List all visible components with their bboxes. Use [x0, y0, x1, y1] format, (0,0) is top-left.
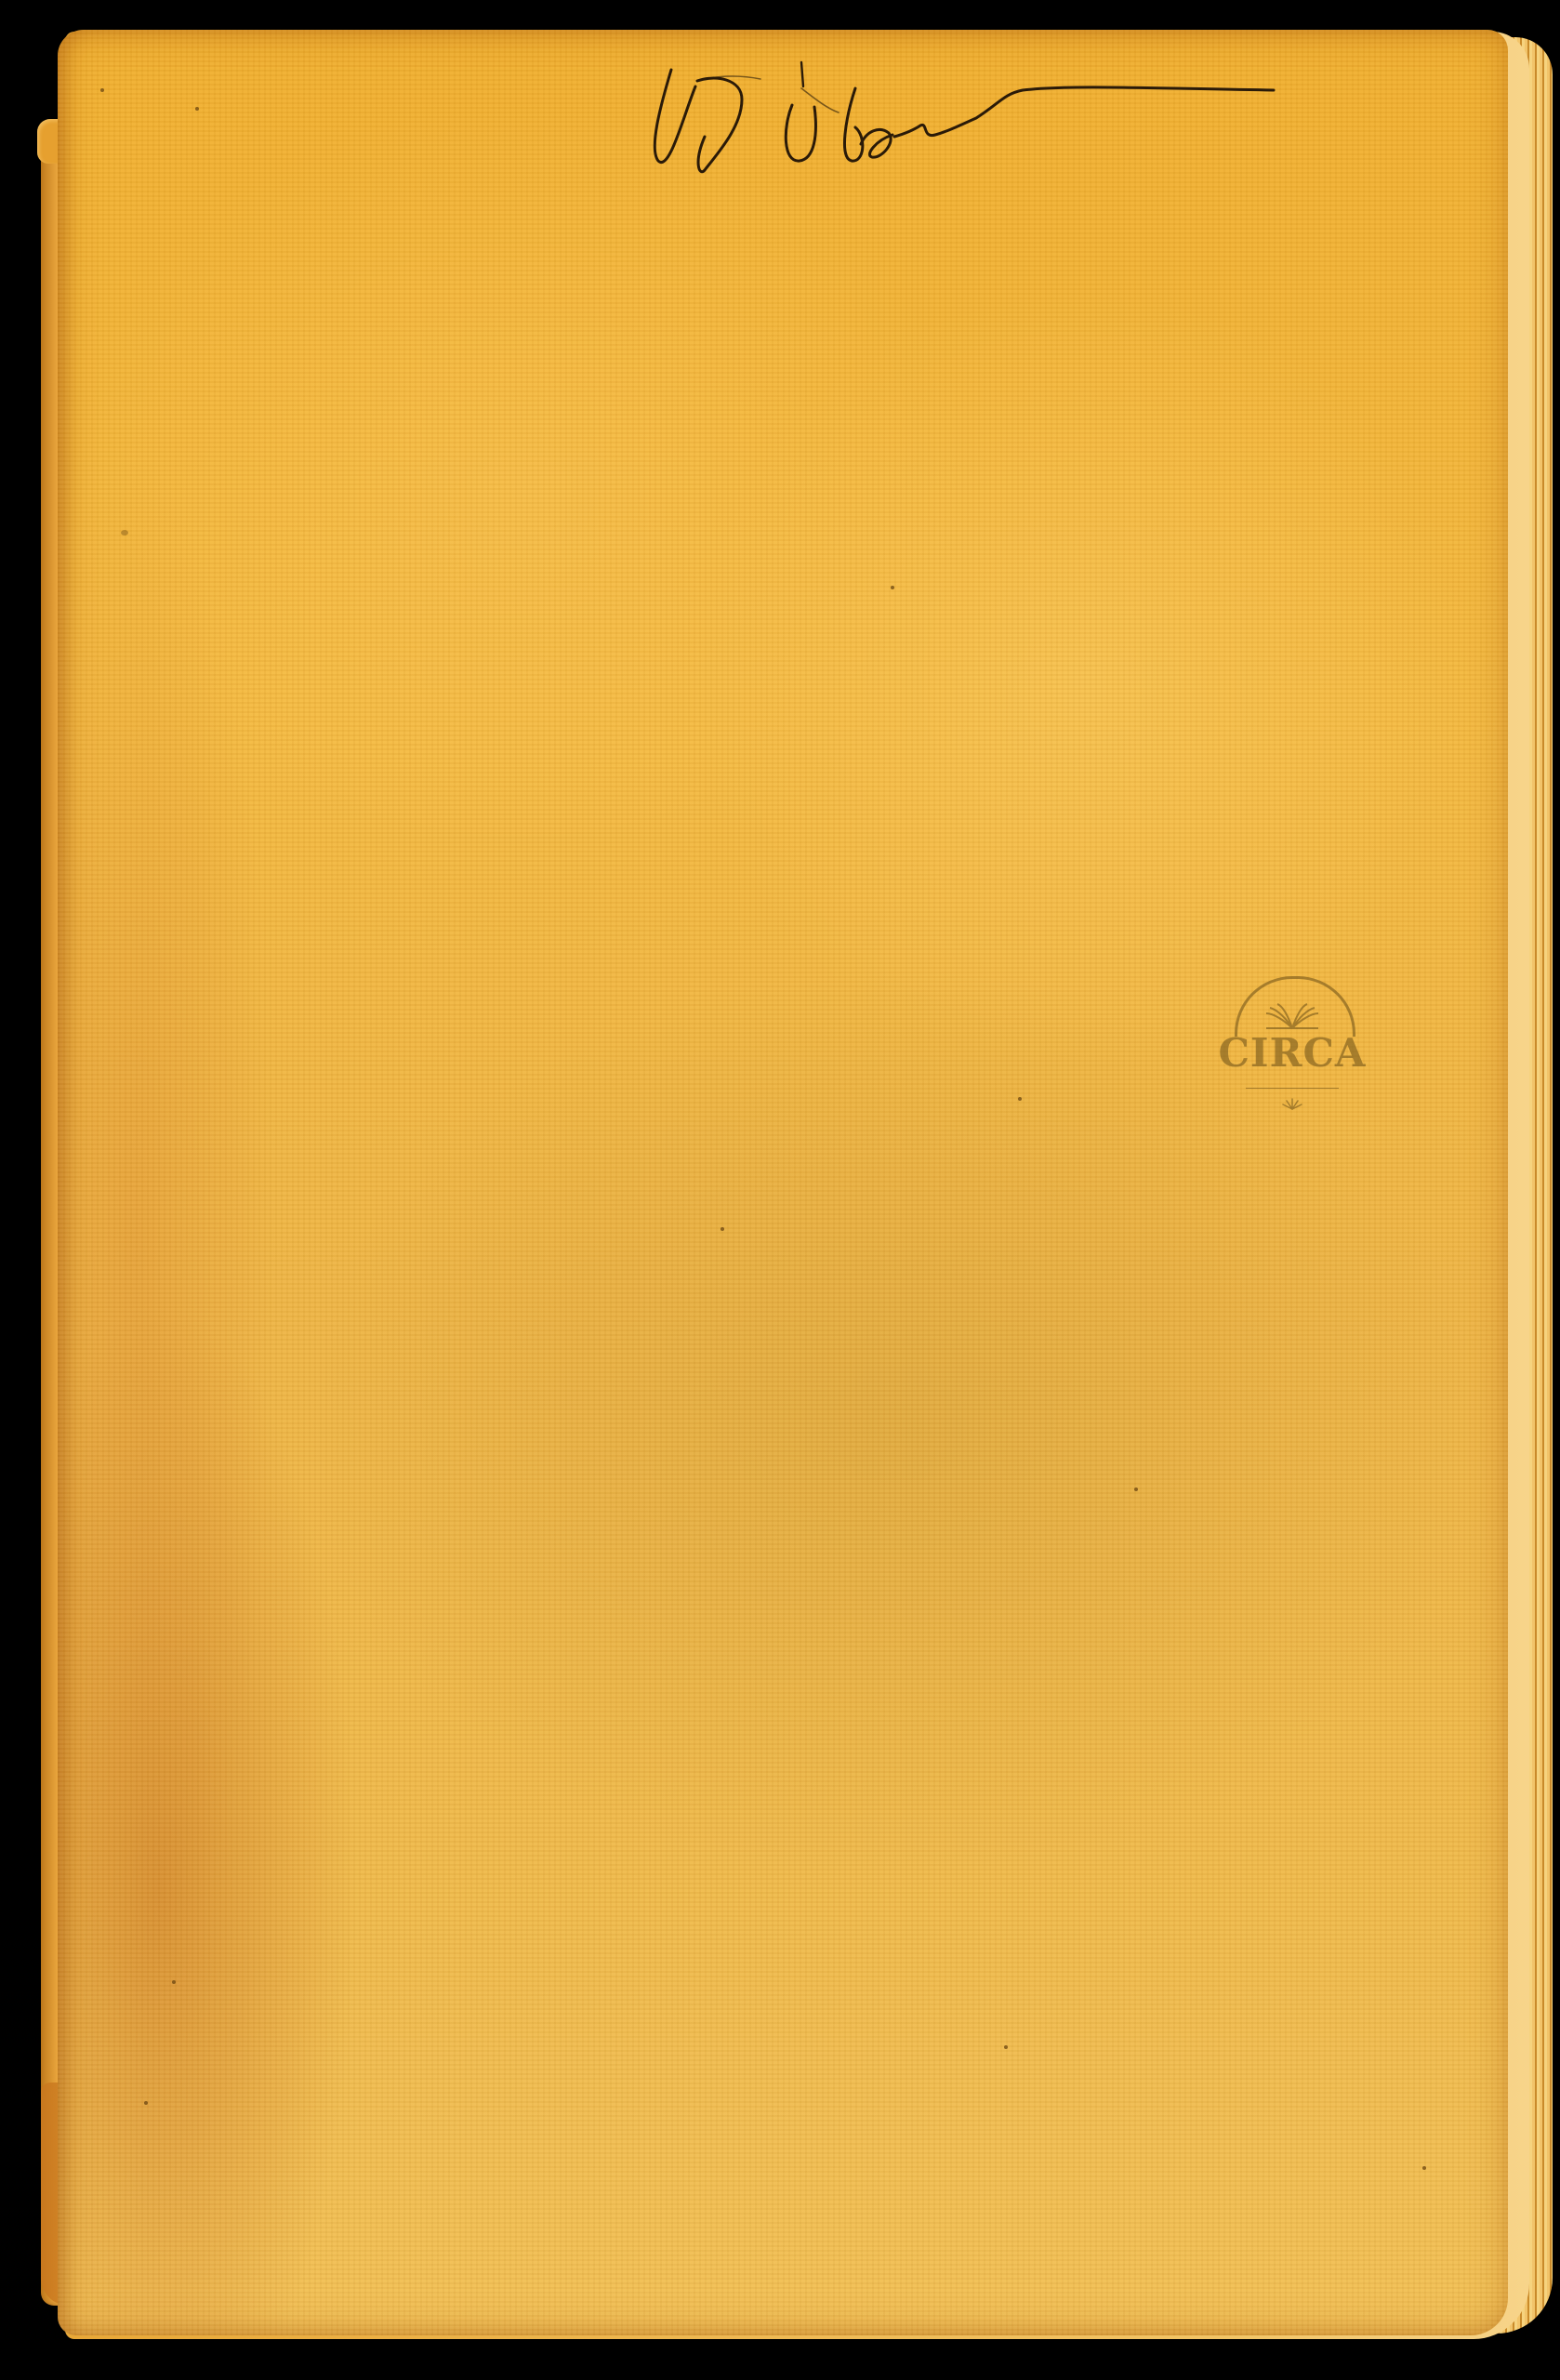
paper-speck: [172, 1980, 176, 1984]
book-cover: [58, 30, 1508, 2335]
sunburst-icon: [1281, 1097, 1303, 1110]
open-book-icon: [1264, 1002, 1320, 1030]
paper-stain: [121, 530, 128, 535]
paper-speck: [195, 107, 199, 111]
paper-speck: [891, 586, 894, 589]
signature-strokes-icon: [632, 51, 1339, 181]
paper-speck: [1004, 2045, 1008, 2049]
circa-watermark: CIRCA: [1209, 967, 1376, 1125]
paper-speck: [1134, 1487, 1138, 1491]
handwritten-signature: Handwritten pen signature at top of cove…: [632, 51, 1339, 181]
paper-speck: [1018, 1097, 1022, 1101]
watermark-wordmark: CIRCA: [1209, 1034, 1376, 1073]
paper-speck: [144, 2101, 148, 2105]
paper-speck: [721, 1227, 724, 1231]
watermark-rule: [1246, 1088, 1339, 1089]
photograph: Handwritten pen signature at top of cove…: [0, 0, 1560, 2380]
paper-speck: [1422, 2166, 1426, 2170]
paper-speck: [100, 88, 104, 92]
